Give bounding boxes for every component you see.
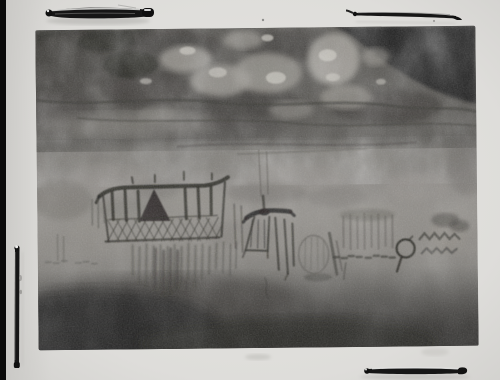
page-speck: [262, 19, 264, 21]
photo-print: [0, 26, 489, 371]
page-smudge: [421, 348, 449, 356]
page-speck: [433, 20, 435, 22]
page-smudge: [245, 354, 271, 360]
scanned-album-page: [0, 0, 500, 380]
mounting-clip-left: [14, 245, 24, 368]
